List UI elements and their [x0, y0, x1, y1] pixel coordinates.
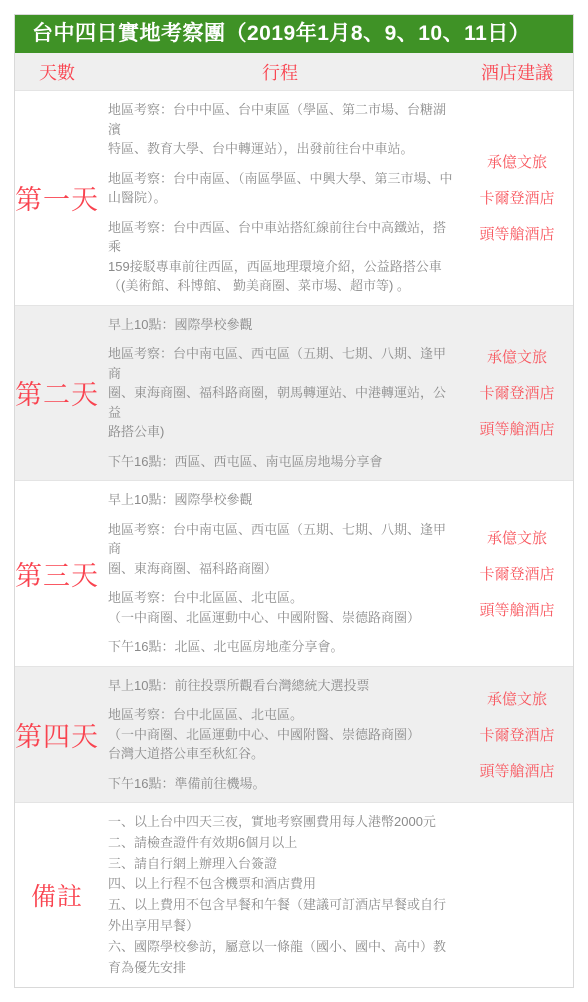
hotel-name: 頭等艙酒店: [479, 760, 554, 781]
itinerary-cell: 早上10點：前往投票所觀看台灣總統大選投票 地區考察：台中北區區、北屯區。 （一…: [99, 667, 461, 803]
page: 台中四日實地考察團（2019年1月8、9、10、11日） 天數 行程 酒店建議 …: [0, 0, 588, 1002]
hotel-name: 卡爾登酒店: [479, 724, 554, 745]
itinerary-paragraph: 下午16點：北區、北屯區房地產分享會。: [108, 637, 457, 657]
hotel-name: 承億文旅: [487, 151, 547, 172]
hotel-name: 頭等艙酒店: [479, 418, 554, 439]
itinerary-cell: 早上10點：國際學校參觀 地區考察：台中南屯區、西屯區（五期、七期、八期、逢甲商…: [99, 306, 461, 481]
note-item: 六、國際學校參訪，屬意以一條龍（國小、國中、高中）教育為優先安排: [108, 937, 457, 979]
hotel-name: 頭等艙酒店: [479, 223, 554, 244]
hotel-name: 承億文旅: [487, 688, 547, 709]
day-label: 第三天: [15, 481, 99, 666]
itinerary-paragraph: 地區考察：台中南屯區、西屯區（五期、七期、八期、逢甲商 圈、東海商圈、福科路商圈…: [108, 344, 457, 442]
itinerary-table: 台中四日實地考察團（2019年1月8、9、10、11日） 天數 行程 酒店建議 …: [14, 14, 574, 988]
hotel-suggestions: 承億文旅 卡爾登酒店 頭等艙酒店: [461, 481, 573, 666]
itinerary-paragraph: 早上10點：前往投票所觀看台灣總統大選投票: [108, 676, 457, 696]
itinerary-cell: 地區考察：台中中區、台中東區（學區、第二市場、台糖湖濱 特區、教育大學、台中轉運…: [99, 91, 461, 305]
column-header-row: 天數 行程 酒店建議: [15, 53, 573, 90]
hotel-name: 頭等艙酒店: [479, 599, 554, 620]
itinerary-paragraph: 地區考察：台中北區區、北屯區。 （一中商圈、北區運動中心、中國附醫、崇德路商圈）…: [108, 705, 457, 764]
itinerary-paragraph: 下午16點：西區、西屯區、南屯區房地場分享會: [108, 452, 457, 472]
itinerary-paragraph: 地區考察：台中北區區、北屯區。 （一中商圈、北區運動中心、中國附醫、崇德路商圈）: [108, 588, 457, 627]
note-item: 五、以上費用不包含早餐和午餐（建議可訂酒店早餐或自行外出享用早餐）: [108, 895, 457, 937]
itinerary-cell: 早上10點：國際學校參觀 地區考察：台中南屯區、西屯區（五期、七期、八期、逢甲商…: [99, 481, 461, 666]
note-item: 二、請檢查證件有效期6個月以上: [108, 833, 457, 854]
page-title: 台中四日實地考察團（2019年1月8、9、10、11日）: [32, 22, 530, 45]
itinerary-paragraph: 早上10點：國際學校參觀: [108, 315, 457, 335]
hotel-name: 承億文旅: [487, 527, 547, 548]
notes-cell: 一、以上台中四天三夜，實地考察團費用每人港幣2000元 二、請檢查證件有效期6個…: [99, 803, 461, 987]
day-row-4: 第四天 早上10點：前往投票所觀看台灣總統大選投票 地區考察：台中北區區、北屯區…: [15, 666, 573, 803]
column-header-itinerary: 行程: [99, 53, 461, 90]
day-row-3: 第三天 早上10點：國際學校參觀 地區考察：台中南屯區、西屯區（五期、七期、八期…: [15, 480, 573, 666]
itinerary-paragraph: 下午16點：準備前往機場。: [108, 774, 457, 794]
hotel-suggestions: 承億文旅 卡爾登酒店 頭等艙酒店: [461, 667, 573, 803]
hotel-name: 卡爾登酒店: [479, 187, 554, 208]
notes-label: 備註: [15, 803, 99, 987]
itinerary-paragraph: 早上10點：國際學校參觀: [108, 490, 457, 510]
hotel-suggestions: 承億文旅 卡爾登酒店 頭等艙酒店: [461, 306, 573, 481]
note-item: 三、請自行網上辦理入台簽證: [108, 854, 457, 875]
hotel-name: 卡爾登酒店: [479, 382, 554, 403]
itinerary-paragraph: 地區考察：台中南區、（南區學區、中興大學、第三市場、中 山醫院）。: [108, 169, 457, 208]
day-row-2: 第二天 早上10點：國際學校參觀 地區考察：台中南屯區、西屯區（五期、七期、八期…: [15, 305, 573, 481]
day-label: 第二天: [15, 306, 99, 481]
notes-row: 備註 一、以上台中四天三夜，實地考察團費用每人港幣2000元 二、請檢查證件有效…: [15, 802, 573, 987]
hotel-suggestions: 承億文旅 卡爾登酒店 頭等艙酒店: [461, 91, 573, 305]
column-header-day: 天數: [15, 53, 99, 90]
note-item: 一、以上台中四天三夜，實地考察團費用每人港幣2000元: [108, 812, 457, 833]
itinerary-paragraph: 地區考察：台中南屯區、西屯區（五期、七期、八期、逢甲商 圈、東海商圈、福科路商圈…: [108, 520, 457, 579]
itinerary-paragraph: 地區考察：台中西區、台中車站搭紅線前往台中高鐵站，搭乘 159接駁專車前往西區，…: [108, 218, 457, 296]
note-item: 四、以上行程不包含機票和酒店費用: [108, 874, 457, 895]
itinerary-paragraph: 地區考察：台中中區、台中東區（學區、第二市場、台糖湖濱 特區、教育大學、台中轉運…: [108, 100, 457, 159]
notes-hotel-column-empty: [461, 803, 573, 987]
day-label: 第四天: [15, 667, 99, 803]
hotel-name: 承億文旅: [487, 346, 547, 367]
day-row-1: 第一天 地區考察：台中中區、台中東區（學區、第二市場、台糖湖濱 特區、教育大學、…: [15, 90, 573, 305]
column-header-hotel: 酒店建議: [461, 53, 573, 90]
day-label: 第一天: [15, 91, 99, 305]
hotel-name: 卡爾登酒店: [479, 563, 554, 584]
title-bar: 台中四日實地考察團（2019年1月8、9、10、11日）: [15, 15, 573, 53]
